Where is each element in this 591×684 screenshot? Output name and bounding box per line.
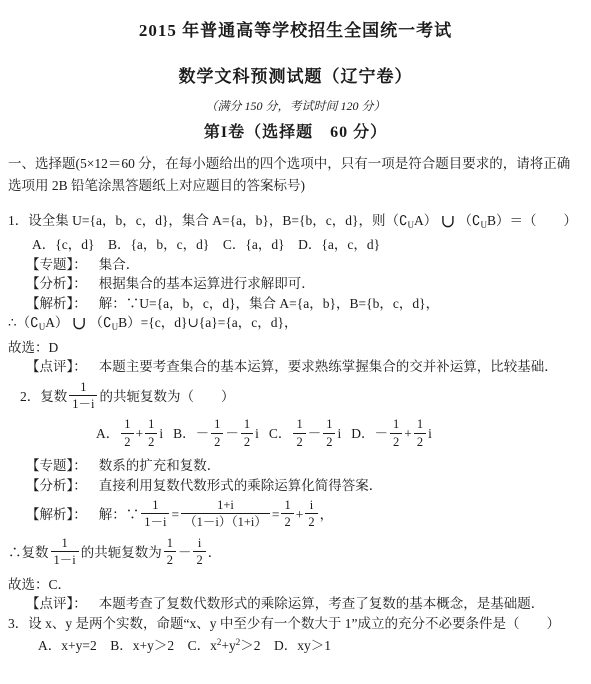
q2-option-c-frac-1: 12	[293, 417, 305, 449]
exam-score-time-note: （满分 150 分，考试时间 120 分）	[8, 97, 583, 114]
q1-analysis-text: 根据集合的基本运算进行求解即可．	[99, 276, 315, 291]
q2-option-c-minus: －	[308, 426, 322, 441]
q2-sol-comma: ，	[320, 507, 334, 522]
q2-frac-numerator: 1	[69, 380, 97, 396]
q1-comment-line: 【点评】：本题主要考查集合的基本运算，要求熟练掌握集合的交并补运算，比较基础．	[8, 357, 583, 377]
frac-num: 1	[51, 536, 79, 552]
q2-option-d-label: D．	[351, 426, 374, 441]
frac-den: 2	[121, 434, 133, 449]
q2-topic-tag: 【专题】：	[26, 458, 87, 473]
q1-comment-text: 本题主要考查集合的基本运算，要求熟练掌握集合的交并补运算，比较基础．	[99, 359, 558, 374]
q2-option-a-frac-1: 12	[121, 417, 133, 449]
exam-title-line2: 数学文科预测试题（辽宁卷）	[8, 62, 583, 87]
q1-step2-union-operator: ∪	[71, 313, 86, 333]
q2-solution-line: 【解析】：解：∵11－i=1+i（1－i）（1+i）=12+i2，	[8, 499, 583, 533]
frac-num: 1	[164, 536, 176, 552]
frac-num: i	[193, 536, 205, 552]
q2-option-b-label: B．	[173, 426, 196, 441]
q3-options: A．x+y=2 B．x+y＞2 C．x2+y2＞2 D．xy＞1	[8, 633, 583, 656]
frac-num: i	[305, 498, 317, 514]
q3-options-text-2: +y	[221, 638, 235, 653]
frac-num: 1	[414, 417, 426, 433]
q2-solution-pre: 解：∵	[99, 507, 140, 522]
q2-answer: 故选：C．	[8, 575, 583, 595]
q1-stem-text-2: A）	[414, 213, 437, 228]
q2-sol-plus: +	[296, 507, 304, 522]
q2-option-a-label: A．	[96, 426, 119, 441]
q1-step2-text-1: ∴（∁	[8, 315, 39, 330]
q1-solution-tag: 【解析】：	[26, 296, 87, 311]
q1-comment-tag: 【点评】：	[26, 359, 87, 374]
frac-num: 1	[281, 498, 293, 514]
frac-den: 2	[193, 552, 205, 567]
frac-den: 1－i	[51, 552, 79, 567]
section-heading: 第I卷（选择题 60 分）	[8, 119, 583, 142]
frac-num: 1	[390, 417, 402, 433]
q2-sol-equals-2: =	[272, 507, 280, 522]
q2-step2-pre: ∴复数	[8, 545, 49, 560]
q1-solution-line: 【解析】：解：∵U={a，b，c，d}，集合 A={a，b}，B={b，c，d}…	[8, 294, 583, 314]
q3-stem: 3．设 x、y 是两个实数，命题“x、y 中至少有一个数大于 1”成立的充分不必…	[8, 614, 583, 634]
frac-den: 2	[293, 434, 305, 449]
frac-num: 1	[211, 417, 223, 433]
q2-step2-frac-1: 11－i	[51, 536, 79, 568]
q2-sol-equals-1: =	[171, 507, 179, 522]
frac-den: 2	[281, 514, 293, 529]
q2-step2-mid: 的共轭复数为	[81, 545, 162, 560]
q1-stem-text-4: B）＝（ ）	[487, 213, 577, 228]
q2-step2-frac-3: i2	[193, 536, 205, 568]
frac-den: （1－i）（1+i）	[181, 514, 270, 529]
frac-den: 2	[323, 434, 335, 449]
q2-option-d-plus: +	[404, 426, 412, 441]
frac-num: 1	[241, 417, 253, 433]
q1-analysis-tag: 【分析】：	[26, 276, 87, 291]
q1-analysis-line: 【分析】：根据集合的基本运算进行求解即可．	[8, 274, 583, 294]
q2-fraction-1-over-1-minus-i: 11－i	[69, 380, 97, 412]
frac-den: 2	[390, 434, 402, 449]
q2-option-d-i: i	[428, 426, 432, 441]
q1-topic-text: 集合．	[99, 257, 140, 272]
frac-num: 1	[121, 417, 133, 433]
q2-comment-line: 【点评】：本题考查了复数代数形式的乘除运算，考查了复数的基本概念，是基础题．	[8, 594, 583, 614]
frac-num: 1	[141, 498, 169, 514]
q1-union-operator: ∪	[440, 211, 455, 231]
q2-option-b-frac-2: 12	[241, 417, 253, 449]
q2-option-a-plus: +	[136, 426, 144, 441]
frac-den: 2	[164, 552, 176, 567]
q2-topic-text: 数系的扩充和复数．	[99, 458, 221, 473]
q1-topic-tag: 【专题】：	[26, 257, 87, 272]
q2-step2-period: ．	[208, 545, 222, 560]
q2-stem-text-1: 2．复数	[20, 388, 67, 403]
frac-den: 2	[305, 514, 317, 529]
frac-num: 1	[145, 417, 157, 433]
q2-stem: 2．复数11－i的共轭复数为（ ）	[8, 381, 583, 415]
q2-option-b-minus-2: －	[225, 426, 239, 441]
q2-sol-frac-2: 1+i（1－i）（1+i）	[181, 498, 270, 530]
choice-section-instructions: 一、选择题(5×12＝60 分，在每小题给出的四个选项中，只有一项是符合题目要求…	[8, 153, 583, 197]
q2-stem-text-2: 的共轭复数为（ ）	[99, 388, 234, 403]
q1-stem-text-1: 1．设全集 U={a，b，c，d}，集合 A={a，b}，B={b，c，d}，则…	[8, 213, 408, 228]
q2-solution-step2: ∴复数11－i的共轭复数为12－i2．	[8, 537, 583, 571]
q2-sol-frac-4: i2	[305, 498, 317, 530]
exam-title-line1: 2015 年普通高等学校招生全国统一考试	[8, 16, 583, 41]
q2-analysis-tag: 【分析】：	[26, 478, 87, 493]
q2-sol-frac-3: 12	[281, 498, 293, 530]
q1-stem-text-3: （∁	[458, 213, 480, 228]
q1-solution-text: 解：∵U={a，b，c，d}，集合 A={a，b}，B={b，c，d}，	[99, 296, 439, 311]
q2-analysis-line: 【分析】：直接利用复数代数形式的乘除运算化简得答案．	[8, 476, 583, 496]
exam-document: 2015 年普通高等学校招生全国统一考试 数学文科预测试题（辽宁卷） （满分 1…	[0, 0, 591, 656]
q1-solution-step2: ∴（∁UA）∪（∁UB）={c，d}∪{a}={a，c，d}，	[8, 313, 583, 338]
frac-den: 2	[211, 434, 223, 449]
q2-step2-frac-2: 12	[164, 536, 176, 568]
q2-option-c-label: C．	[269, 426, 292, 441]
q1-step2-text-2: A）	[45, 315, 68, 330]
q2-topic-line: 【专题】：数系的扩充和复数．	[8, 456, 583, 476]
q1-topic-line: 【专题】：集合．	[8, 255, 583, 275]
q2-comment-tag: 【点评】：	[26, 596, 87, 611]
frac-den: 2	[241, 434, 253, 449]
q1-answer: 故选：D	[8, 338, 583, 358]
q2-solution-tag: 【解析】：	[26, 507, 87, 522]
frac-num: 1+i	[181, 498, 270, 514]
q2-options: A．12+12iB．－12－12iC．12－12iD．－12+12i	[8, 418, 583, 452]
frac-den: 1－i	[141, 514, 169, 529]
q2-option-b-i: i	[255, 426, 259, 441]
q2-option-b-frac-1: 12	[211, 417, 223, 449]
q1-options: A．{c，d} B．{a，b，c，d} C．{a，d} D．{a，c，d}	[8, 235, 583, 255]
q2-option-d-frac-2: 12	[414, 417, 426, 449]
frac-num: 1	[323, 417, 335, 433]
q1-step2-text-3: （∁	[90, 315, 112, 330]
q2-analysis-text: 直接利用复数代数形式的乘除运算化简得答案．	[99, 478, 383, 493]
q2-option-d-frac-1: 12	[390, 417, 402, 449]
q2-sol-frac-1: 11－i	[141, 498, 169, 530]
q3-options-text-3: ＞2 D．xy＞1	[240, 638, 331, 653]
q2-option-d-minus: －	[374, 426, 388, 441]
frac-den: 2	[414, 434, 426, 449]
q2-option-c-frac-2: 12	[323, 417, 335, 449]
q1-step2-text-4: B）={c，d}∪{a}={a，c，d}，	[118, 315, 297, 330]
q2-step2-minus: －	[178, 545, 192, 560]
q2-option-b-minus-1: －	[196, 426, 210, 441]
q1-stem: 1．设全集 U={a，b，c，d}，集合 A={a，b}，B={b，c，d}，则…	[8, 211, 583, 236]
frac-num: 1	[293, 417, 305, 433]
q2-option-a-i: i	[159, 426, 163, 441]
q3-options-text-1: A．x+y=2 B．x+y＞2 C．x	[38, 638, 217, 653]
q2-comment-text: 本题考查了复数代数形式的乘除运算，考查了复数的基本概念，是基础题．	[99, 596, 545, 611]
frac-den: 2	[145, 434, 157, 449]
q2-frac-denominator: 1－i	[69, 396, 97, 411]
q2-option-c-i: i	[337, 426, 341, 441]
q2-option-a-frac-2: 12	[145, 417, 157, 449]
